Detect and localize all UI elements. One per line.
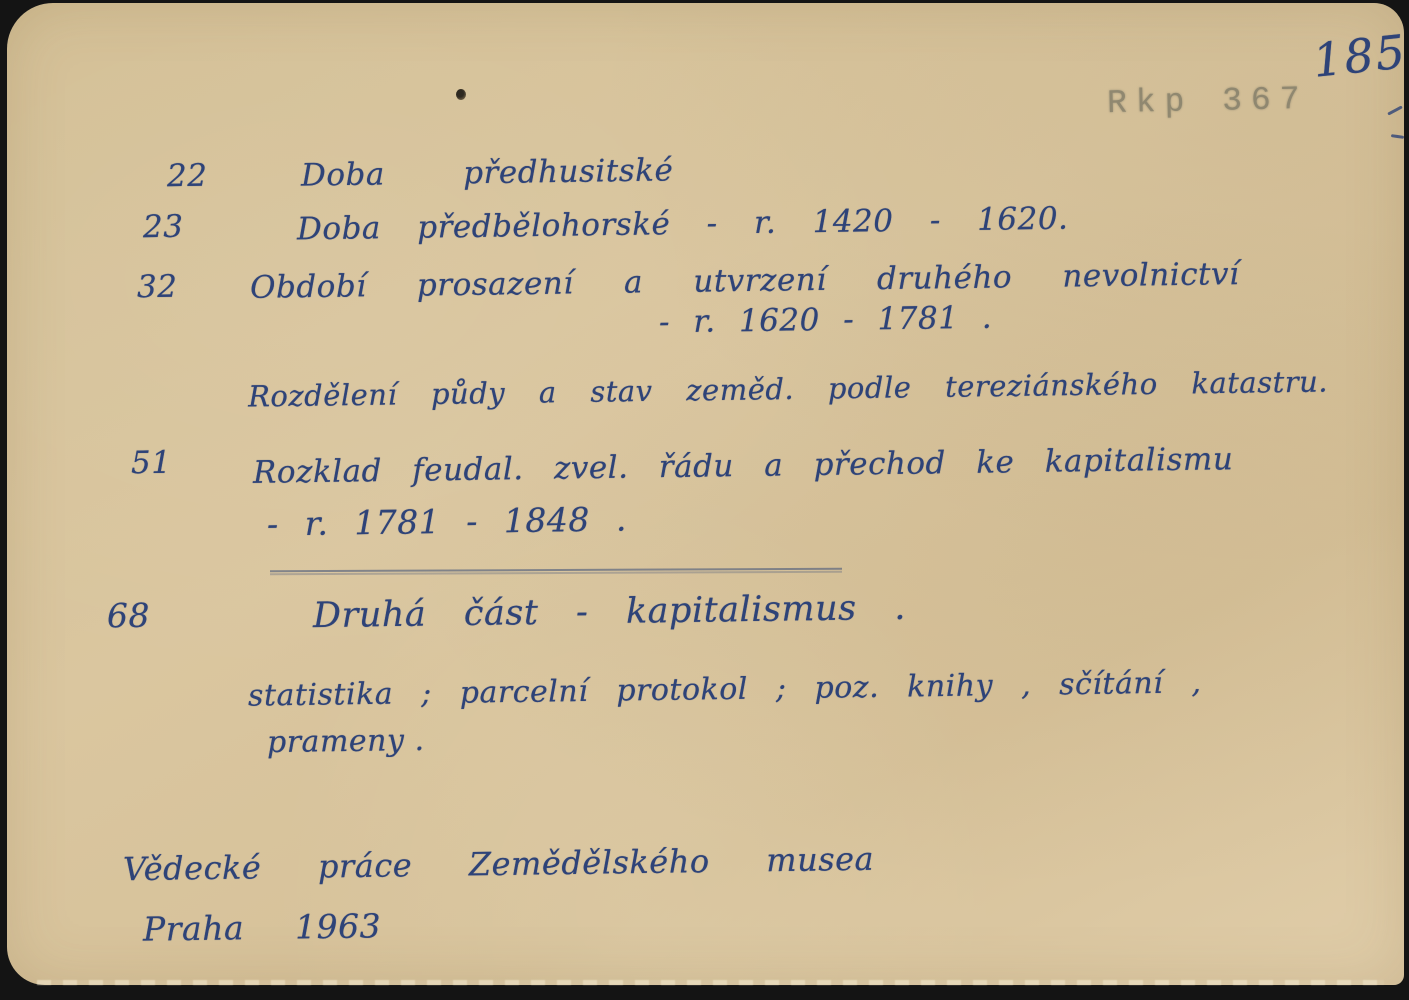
manuscript-line: - r. 1620 - 1781 . xyxy=(659,300,993,341)
paper-speck xyxy=(456,89,466,100)
ink-smudge xyxy=(1391,134,1404,139)
manuscript-line: Doba předbělohorské - r. 1420 - 1620. xyxy=(297,201,1069,248)
index-card: 185 Rkp 367 22 23 32 51 68 Doba předhusi… xyxy=(7,3,1404,985)
manuscript-line: Druhá část - kapitalismus . xyxy=(313,588,906,636)
margin-number: 23 xyxy=(143,209,184,246)
ink-smudge xyxy=(1387,105,1403,115)
ink-divider xyxy=(270,568,842,572)
manuscript-line: Rozklad feudal. zvel. řádu a přechod ke … xyxy=(253,441,1234,491)
torn-edge-highlight xyxy=(37,980,1384,985)
manuscript-line: - r. 1781 - 1848 . xyxy=(267,499,627,543)
manuscript-line: prameny . xyxy=(267,723,425,760)
manuscript-line: statistika ; parcelní protokol ; poz. kn… xyxy=(248,665,1202,713)
manuscript-line: Vědecké práce Zemědělského musea xyxy=(123,840,875,888)
scan-background: 185 Rkp 367 22 23 32 51 68 Doba předhusi… xyxy=(0,0,1409,1000)
margin-number: 68 xyxy=(107,596,151,636)
manuscript-line: Období prosazení a utvrzení druhého nevo… xyxy=(250,256,1240,306)
manuscript-line: Praha 1963 xyxy=(143,906,382,948)
manuscript-line: Doba předhusitské xyxy=(301,152,674,193)
margin-number: 51 xyxy=(131,445,172,482)
margin-number: 22 xyxy=(167,158,208,195)
archive-stamp: Rkp 367 xyxy=(1107,81,1309,122)
manuscript-line: Rozdělení půdy a stav zeměd. podle terez… xyxy=(248,364,1328,413)
page-number: 185 xyxy=(1310,24,1409,88)
margin-number: 32 xyxy=(137,269,178,306)
